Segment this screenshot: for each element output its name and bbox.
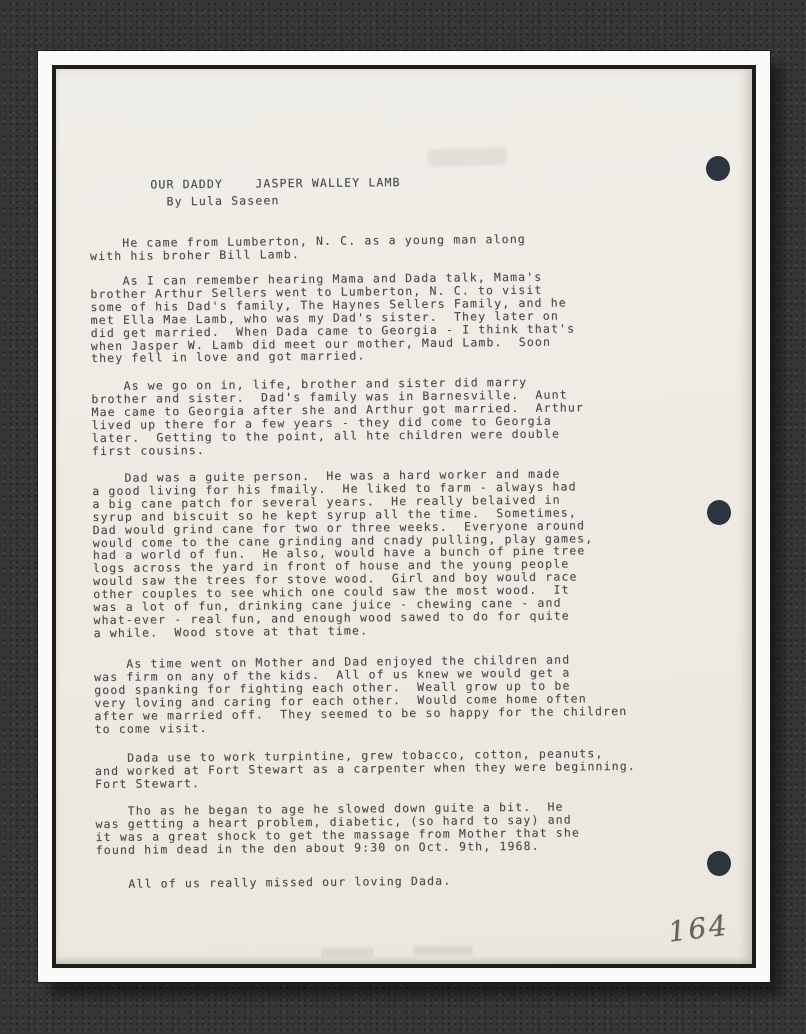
hole-punch — [707, 851, 731, 876]
paragraph: As I can remember hearing Mama and Dada … — [90, 270, 575, 365]
hole-punch — [707, 500, 731, 525]
hole-punch — [706, 156, 730, 181]
paragraph: As we go on in, life, brother and sister… — [91, 375, 584, 457]
paragraph: All of us really missed our loving Dada. — [96, 875, 451, 891]
paragraph: Tho as he began to age he slowed down gu… — [95, 800, 580, 856]
document-byline: By Lula Saseen — [166, 194, 279, 208]
photo-frame: OUR DADDY JASPER WALLEY LAMB By Lula Sas… — [38, 51, 770, 982]
ghost-print-smudge — [322, 948, 374, 957]
ghost-print-smudge — [414, 946, 472, 955]
typewritten-text: OUR DADDY JASPER WALLEY LAMB By Lula Sas… — [56, 69, 752, 964]
desk-background: { "document": { "title": "OUR DADDY JASP… — [0, 0, 806, 1034]
paper: OUR DADDY JASPER WALLEY LAMB By Lula Sas… — [56, 69, 752, 964]
paragraph: He came from Lumberton, N. C. as a young… — [90, 233, 526, 263]
scanned-page: OUR DADDY JASPER WALLEY LAMB By Lula Sas… — [52, 65, 756, 968]
document-title: OUR DADDY JASPER WALLEY LAMB — [150, 176, 400, 191]
paragraph: As time went on Mother and Dad enjoyed t… — [94, 653, 628, 736]
paragraph: Dad was a guite person. He was a hard wo… — [92, 467, 594, 640]
paragraph: Dada use to work turpintine, grew tobacc… — [95, 747, 636, 791]
